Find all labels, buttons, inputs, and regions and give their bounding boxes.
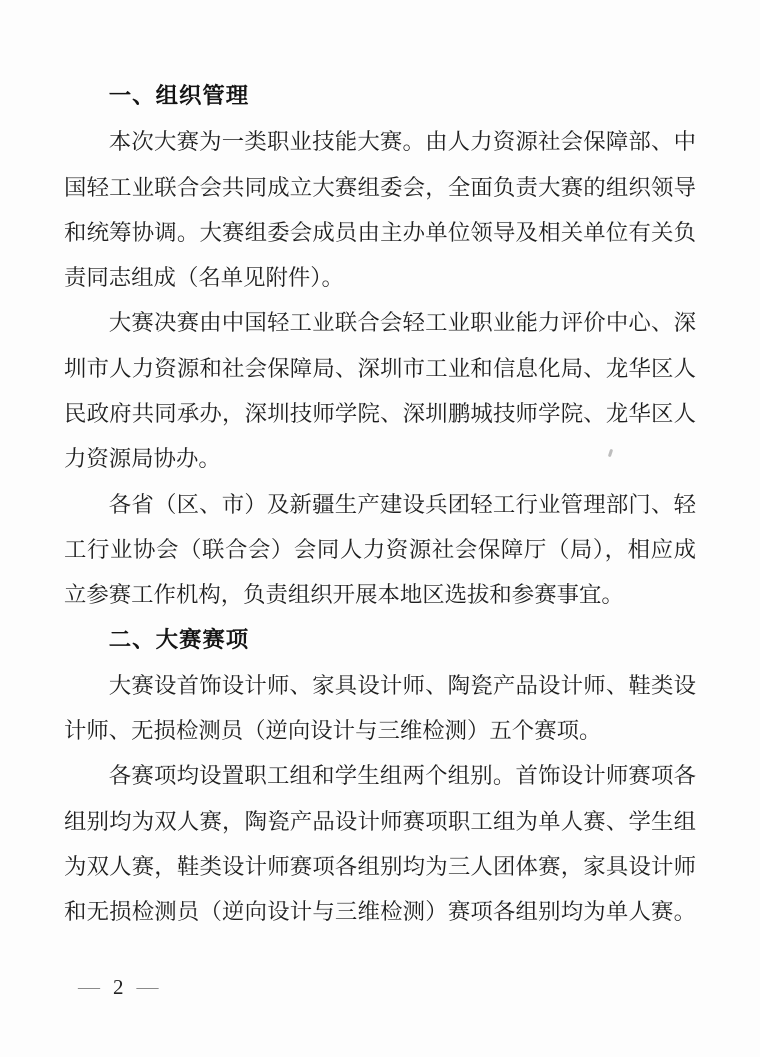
paragraph-line: 国轻工业联合会共同成立大赛组委会，全面负责大赛的组织领导 [64,165,696,210]
scanned-document-page: 一、组织管理 本次大赛为一类职业技能大赛。由人力资源社会保障部、中 国轻工业联合… [0,0,760,1057]
paragraph-line: 立参赛工作机构，负责组织开展本地区选拔和参赛事宜。 [64,572,696,617]
paragraph-line: 本次大赛为一类职业技能大赛。由人力资源社会保障部、中 [64,119,696,164]
paragraph-line: 为双人赛，鞋类设计师赛项各组别均为三人团体赛，家具设计师 [64,844,696,889]
paragraph-line: 和无损检测员（逆向设计与三维检测）赛项各组别均为单人赛。 [64,889,696,934]
paragraph-line: 组别均为双人赛，陶瓷产品设计师赛项职工组为单人赛、学生组 [64,799,696,844]
document-body: 一、组织管理 本次大赛为一类职业技能大赛。由人力资源社会保障部、中 国轻工业联合… [64,74,696,935]
paragraph-line: 各省（区、市）及新疆生产建设兵团轻工行业管理部门、轻 [64,482,696,527]
footer-dash-right: — [137,976,159,999]
section-2-heading: 二、大赛赛项 [64,618,696,663]
paragraph-line: 工行业协会（联合会）会同人力资源社会保障厅（局），相应成 [64,527,696,572]
page-footer: — 2 — [78,972,159,1002]
paragraph-line: 各赛项均设置职工组和学生组两个组别。首饰设计师赛项各 [64,753,696,798]
page-number: 2 [113,972,124,1002]
footer-dash-left: — [78,976,100,999]
paragraph-line: 责同志组成（名单见附件）。 [64,255,696,300]
paragraph-line: 大赛决赛由中国轻工业联合会轻工业职业能力评价中心、深 [64,300,696,345]
paragraph-line: 圳市人力资源和社会保障局、深圳市工业和信息化局、龙华区人 [64,346,696,391]
paragraph-line: 力资源局协办。 [64,436,696,481]
paragraph-line: 民政府共同承办，深圳技师学院、深圳鹏城技师学院、龙华区人 [64,391,696,436]
paragraph-line: 大赛设首饰设计师、家具设计师、陶瓷产品设计师、鞋类设 [64,663,696,708]
paragraph-line: 和统筹协调。大赛组委会成员由主办单位领导及相关单位有关负 [64,210,696,255]
paragraph-line: 计师、无损检测员（逆向设计与三维检测）五个赛项。 [64,708,696,753]
section-1-heading: 一、组织管理 [64,74,696,119]
